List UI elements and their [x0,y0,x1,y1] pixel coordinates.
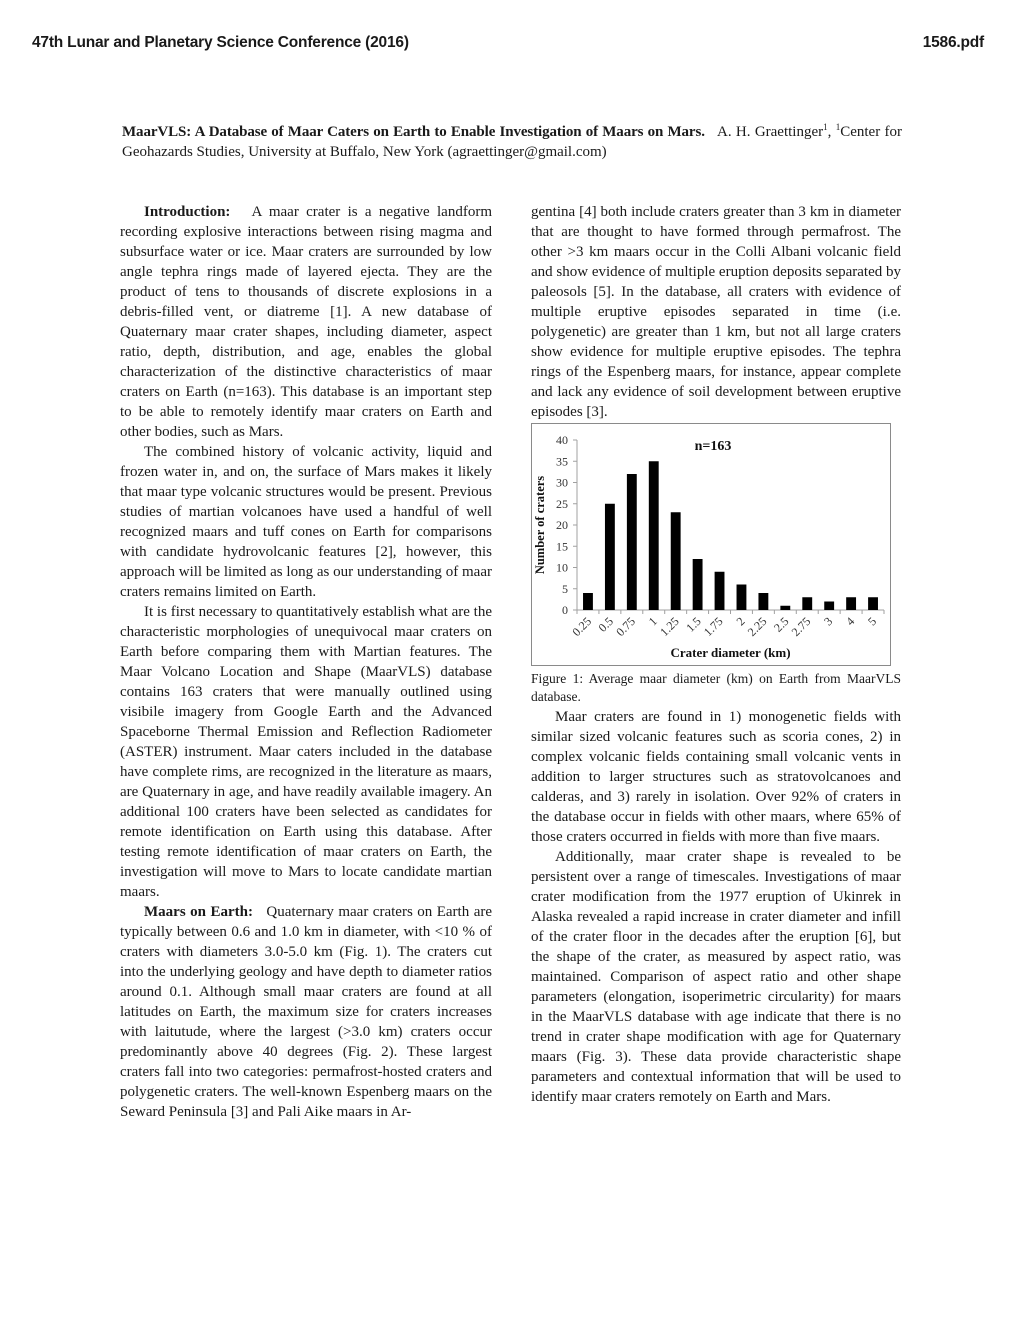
y-tick-label: 30 [556,476,568,490]
x-tick-label: 2.5 [771,614,792,635]
author-surname: Graettinger [755,124,823,140]
x-tick-label: 1.25 [657,614,682,639]
x-tick-label: 3 [821,614,835,628]
left-column: Introduction: A maar crater is a negativ… [120,202,492,1122]
continuation-paragraph: gentina [4] both include craters greater… [531,202,901,422]
x-tick-label: 2.75 [789,614,814,639]
y-tick-label: 5 [562,582,568,596]
page-header: 47th Lunar and Planetary Science Confere… [32,34,984,52]
histogram-bar [737,585,747,611]
x-tick-label: 1 [646,614,660,628]
y-tick-label: 25 [556,497,568,511]
y-tick-label: 10 [556,561,568,575]
x-tick-label: 5 [865,614,879,628]
file-name: 1586.pdf [923,34,984,52]
x-tick-label: 4 [843,614,857,628]
y-axis-label: Number of craters [533,476,547,574]
earth-heading: Maars on Earth: [144,904,253,920]
fields-paragraph: Maar craters are found in 1) monogenetic… [531,707,901,847]
y-tick-label: 20 [556,518,568,532]
author-superscript: 1 [823,122,828,132]
intro-heading: Introduction: [144,204,230,220]
histogram-bar [824,602,834,611]
x-axis-label: Crater diameter (km) [670,645,790,660]
title-block: MaarVLS: A Database of Maar Caters on Ea… [122,122,902,162]
x-tick-label: 0.75 [613,614,638,639]
histogram-bar [846,597,856,610]
y-tick-label: 40 [556,433,568,447]
y-tick-label: 15 [556,539,568,553]
x-tick-label: 0.25 [569,614,594,639]
histogram-bar [627,474,637,610]
histogram-bar [868,597,878,610]
y-tick-label: 0 [562,603,568,617]
histogram-bar [780,606,790,610]
histogram-bar [715,572,725,610]
y-tick-label: 35 [556,454,568,468]
histogram-bar [802,597,812,610]
bar-chart: 05101520253035400.250.50.7511.251.51.752… [532,424,889,664]
x-tick-label: 1.75 [701,614,726,639]
histogram-bar [649,461,659,610]
figure-1-histogram: 05101520253035400.250.50.7511.251.51.752… [531,423,891,666]
figure-caption: Figure 1: Average maar diameter (km) on … [531,670,901,706]
x-tick-label: 1.5 [683,614,704,635]
paper-title: MaarVLS: A Database of Maar Caters on Ea… [122,124,705,140]
author-initials: A. H. [717,124,750,140]
earth-text: Quaternary maar craters on Earth are typ… [120,904,492,1120]
intro-text: A maar crater is a negative landform rec… [120,204,492,440]
x-tick-label: 2.25 [745,614,770,639]
earth-paragraph: Maars on Earth: Quaternary maar craters … [120,902,492,1122]
histogram-bar [758,593,768,610]
shape-paragraph: Additionally, maar crater shape is revea… [531,847,901,1107]
histogram-bar [583,593,593,610]
right-column: gentina [4] both include craters greater… [531,202,901,1107]
conference-name: 47th Lunar and Planetary Science Confere… [32,34,409,51]
intro-paragraph: Introduction: A maar crater is a negativ… [120,202,492,442]
database-paragraph: It is first necessary to quantitatively … [120,602,492,902]
x-tick-label: 2 [733,614,747,628]
mars-history-paragraph: The combined history of volcanic activit… [120,442,492,602]
histogram-bar [671,512,681,610]
chart-title: n=163 [695,439,732,454]
histogram-bar [605,504,615,610]
histogram-bar [693,559,703,610]
x-tick-label: 0.5 [596,614,617,635]
